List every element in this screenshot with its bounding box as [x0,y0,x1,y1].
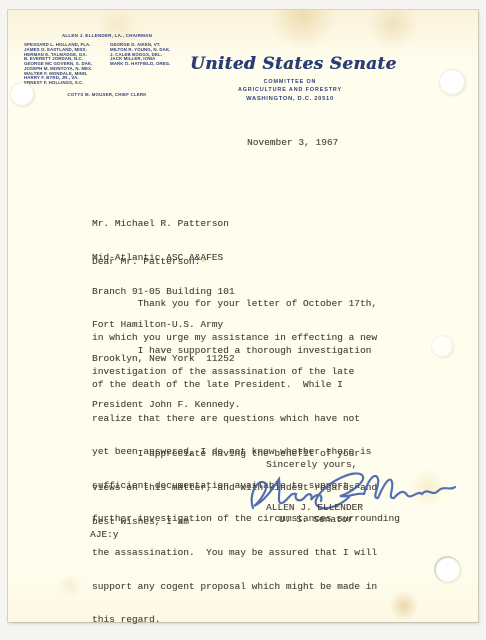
chairman-line: ALLEN J. ELLENDER, LA., CHAIRMAN [24,33,190,38]
reference-initials: AJE:y [90,529,119,540]
committee-name-line1: COMMITTEE ON [190,79,390,85]
hole-punch [439,69,465,95]
letterhead-city-line: WASHINGTON, D.C. 20510 [190,96,390,102]
body-line: this regard. [92,614,400,625]
body-line: Thank you for your letter of October 17t… [92,298,377,309]
committee-members-left-column: SPESSARD L. HOLLAND, FLA. JAMES O. EASTL… [24,43,108,86]
date-line: November 3, 1967 [247,137,338,148]
typed-signature-title: U. S. Senator [279,514,353,525]
scanned-letter-page: ALLEN J. ELLENDER, LA., CHAIRMAN SPESSAR… [0,0,486,640]
body-line: of the death of the late President. Whil… [92,379,400,390]
committee-members-right-column: GEORGE D. AIKEN, VT. MILTON R. YOUNG, N.… [110,43,194,67]
body-line: support any cogent proposal which might … [92,581,400,592]
body-line: realize that there are questions which h… [92,413,400,424]
address-line: Mr. Michael R. Patterson [92,218,235,229]
signature-stroke [364,476,455,498]
hole-punch [434,556,460,582]
salutation: Dear Mr. Patterson: [92,256,200,267]
hole-punch [431,335,453,357]
senate-wordmark: United States Senate [190,54,390,74]
typed-signature-name: ALLEN J. ELLENDER [266,502,363,513]
committee-member: ERNEST F. HOLLINGS, S.C. [24,81,108,86]
hole-punch [10,82,34,106]
committee-name-line2: AGRICULTURE AND FORESTRY [190,87,390,93]
committee-member: MARK O. HATFIELD, OREG. [110,62,194,67]
chief-clerk-line: COTYS M. MOUSER, CHIEF CLERK [24,92,190,97]
body-line: I have supported a thorough investigatio… [92,345,400,356]
body-line: I appreciate having the benefit of your [92,448,377,459]
